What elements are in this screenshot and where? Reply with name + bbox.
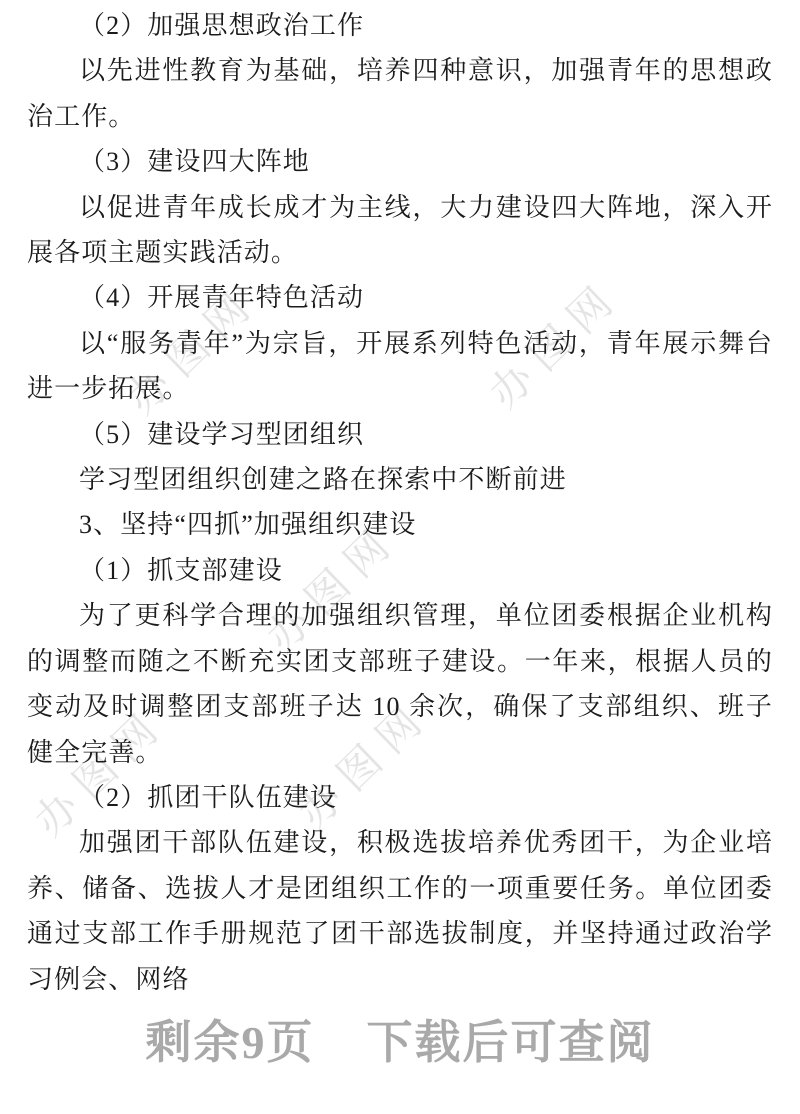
doc-paragraph: 加强团干部队伍建设，积极选拔培养优秀团干，为企业培养、储备、选拔人才是团组织工作… xyxy=(27,820,773,1002)
doc-heading: （1）抓支部建设 xyxy=(27,548,773,593)
document-page: 办图网 办图网 办图网 办图网 办图网 （2）加强思想政治工作 以先进性教育为基… xyxy=(0,0,800,1114)
doc-heading: （2）加强思想政治工作 xyxy=(27,3,773,48)
doc-paragraph: 以“服务青年”为宗旨，开展系列特色活动，青年展示舞台进一步拓展。 xyxy=(27,321,773,412)
document-content: （2）加强思想政治工作 以先进性教育为基础，培养四种意识，加强青年的思想政治工作… xyxy=(27,3,773,1002)
doc-paragraph: 以促进青年成长成才为主线，大力建设四大阵地，深入开展各项主题实践活动。 xyxy=(27,185,773,276)
doc-heading: （4）开展青年特色活动 xyxy=(27,275,773,320)
doc-paragraph: 为了更科学合理的加强组织管理，单位团委根据企业机构的调整而随之不断充实团支部班子… xyxy=(27,593,773,775)
doc-heading: （2）抓团干队伍建设 xyxy=(27,775,773,820)
doc-heading: （5）建设学习型团组织 xyxy=(27,412,773,457)
remaining-pages-label: 剩余9页 xyxy=(146,1006,315,1072)
doc-heading: 3、坚持“四抓”加强组织建设 xyxy=(27,502,773,547)
download-hint-label: 下载后可查阅 xyxy=(367,1006,655,1072)
doc-heading: （3）建设四大阵地 xyxy=(27,139,773,184)
doc-paragraph: 学习型团组织创建之路在探索中不断前进 xyxy=(27,457,773,502)
preview-footer: 剩余9页 下载后可查阅 xyxy=(0,1006,800,1072)
doc-paragraph: 以先进性教育为基础，培养四种意识，加强青年的思想政治工作。 xyxy=(27,48,773,139)
